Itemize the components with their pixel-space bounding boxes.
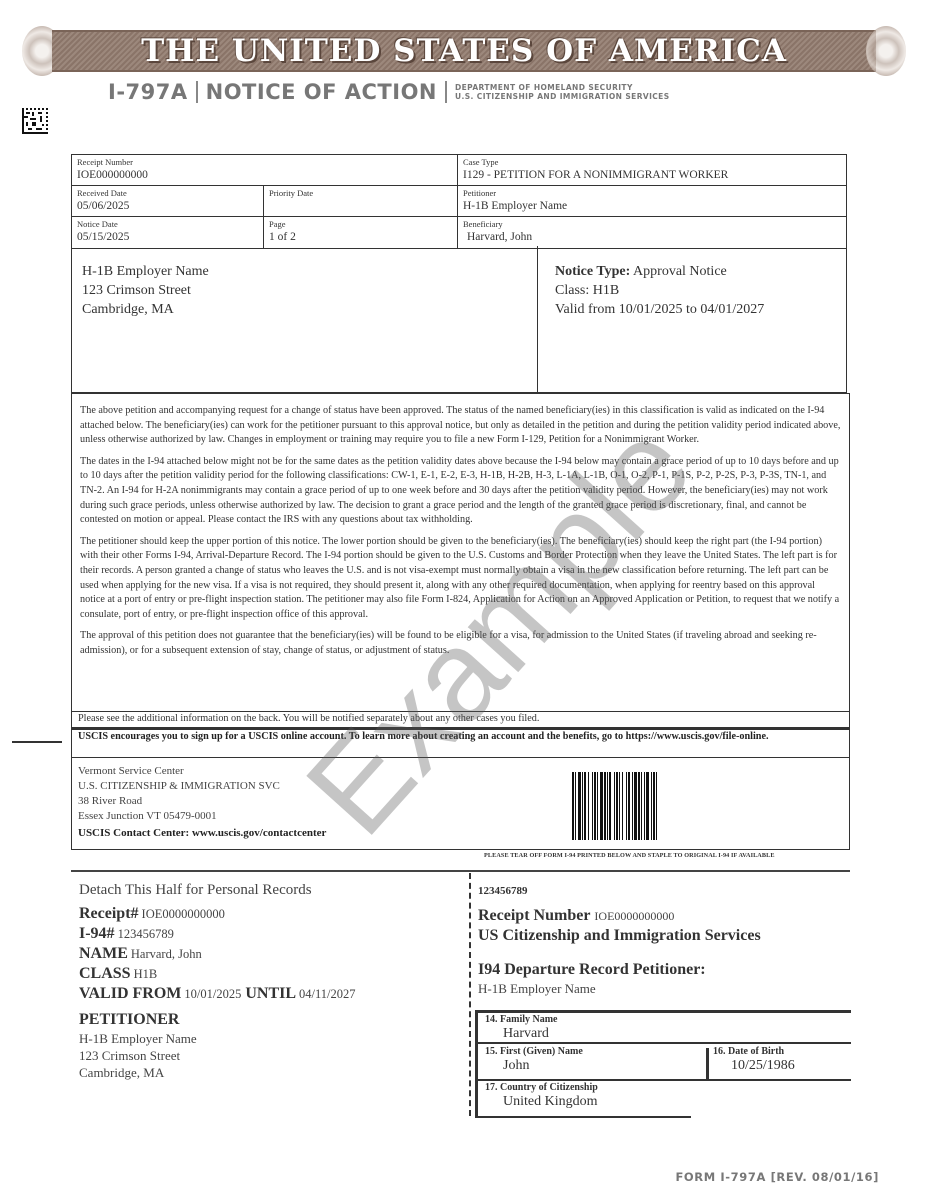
rosette-ornament (866, 26, 906, 76)
i94-fields: 14. Family Name Harvard 15. First (Given… (475, 1010, 851, 1118)
case-type-cell: Case Type I129 - PETITION FOR A NONIMMIG… (458, 155, 846, 185)
notice-type-label: Notice Type: (555, 264, 630, 279)
field-label: I-94# (79, 925, 115, 942)
banner: THE UNITED STATES OF AMERICA (22, 26, 906, 76)
department-name: DEPARTMENT OF HOMELAND SECURITY (455, 83, 670, 92)
citizenship-value: United Kingdom (485, 1093, 598, 1110)
personal-records: Detach This Half for Personal Records Re… (79, 880, 459, 1081)
detach-heading: Detach This Half for Personal Records (79, 880, 459, 900)
form-title: NOTICE OF ACTION (206, 80, 437, 104)
receipt-number-value: IOE000000000 (77, 168, 452, 183)
receipt-row: Receipt NumberIOE0000000000 (478, 906, 858, 926)
beneficiary-cell: Beneficiary Harvard, John (458, 217, 846, 248)
class-row: CLASSH1B (79, 964, 459, 984)
field-label: Priority Date (269, 188, 452, 199)
notice-date-cell: Notice Date 05/15/2025 (72, 217, 264, 248)
dob-value: 10/25/1986 (713, 1057, 795, 1074)
field-label: Beneficiary (463, 219, 841, 230)
family-name-value: Harvard (485, 1025, 558, 1042)
priority-date-cell: Priority Date (264, 186, 458, 216)
field-label: Receipt Number (478, 907, 590, 924)
notice-type: Notice Type: Approval Notice (555, 262, 829, 281)
i94-number: 123456789 (478, 884, 858, 898)
beneficiary-value: Harvard, John (463, 230, 841, 245)
field-label: CLASS (79, 965, 131, 982)
banner-title: THE UNITED STATES OF AMERICA (52, 30, 876, 72)
field-label: Case Type (463, 157, 841, 168)
petitioner-value: H-1B Employer Name (463, 199, 841, 214)
validity-row: VALID FROM10/01/2025 UNTIL04/11/2027 (79, 984, 459, 1004)
departure-record: 123456789 Receipt NumberIOE0000000000 US… (478, 884, 858, 997)
received-date-cell: Received Date 05/06/2025 (72, 186, 264, 216)
form-revision: FORM I-797A [REV. 08/01/16] (675, 1170, 879, 1184)
body-paragraph: The above petition and accompanying requ… (80, 404, 841, 448)
grid-line (475, 1116, 691, 1118)
petitioner-line: 123 Crimson Street (79, 1047, 459, 1064)
agency-name: U.S. CITIZENSHIP AND IMMIGRATION SERVICE… (455, 92, 670, 101)
address-notice-box: H-1B Employer Name 123 Crimson Street Ca… (71, 246, 847, 393)
dob-field: 16. Date of Birth 10/25/1986 (713, 1046, 795, 1074)
case-info-table: Receipt Number IOE000000000 Case Type I1… (71, 154, 847, 249)
first-name-value: John (485, 1057, 583, 1074)
notice-body: The above petition and accompanying requ… (71, 393, 850, 712)
online-account-notice: USCIS encourages you to sign up for a US… (71, 728, 850, 758)
field-label: UNTIL (245, 985, 296, 1002)
notice-date-value: 05/15/2025 (77, 230, 258, 245)
address-line: H-1B Employer Name (82, 262, 527, 281)
family-name-field: 14. Family Name Harvard (485, 1014, 558, 1042)
address-line: 123 Crimson Street (82, 281, 527, 300)
grid-line (475, 1010, 478, 1118)
field-label: VALID FROM (79, 985, 181, 1002)
receipt-row: Receipt#IOE0000000000 (79, 904, 459, 924)
info-row: Notice Date 05/15/2025 Page 1 of 2 Benef… (72, 217, 846, 248)
divider (196, 81, 198, 103)
grid-line (475, 1010, 851, 1013)
class-value: H1B (134, 967, 158, 981)
form-number: I-797A (108, 80, 188, 104)
petitioner-line: H-1B Employer Name (79, 1030, 459, 1047)
mailing-address: H-1B Employer Name 123 Crimson Street Ca… (72, 246, 538, 392)
i94-value: 123456789 (118, 927, 174, 941)
petitioner-line: Cambridge, MA (79, 1064, 459, 1081)
notice-validity: Valid from 10/01/2025 to 04/01/2027 (555, 300, 829, 319)
first-name-field: 15. First (Given) Name John (485, 1046, 583, 1074)
name-row: NAMEHarvard, John (79, 944, 459, 964)
body-paragraph: The dates in the I-94 attached below mig… (80, 455, 841, 528)
receipt-number-cell: Receipt Number IOE000000000 (72, 155, 458, 185)
until-value: 04/11/2027 (299, 987, 355, 1001)
field-label: 16. Date of Birth (713, 1046, 795, 1057)
field-label: Receipt Number (77, 157, 452, 168)
body-paragraph: The approval of this petition does not g… (80, 629, 841, 658)
tear-line (71, 870, 850, 872)
agency-name: US Citizenship and Immigration Services (478, 926, 858, 946)
tear-instruction: PLEASE TEAR OFF FORM I-94 PRINTED BELOW … (484, 852, 775, 859)
form-header: I-797A NOTICE OF ACTION DEPARTMENT OF HO… (108, 78, 670, 106)
info-row: Received Date 05/06/2025 Priority Date P… (72, 186, 846, 217)
receipt-value: IOE0000000000 (142, 907, 225, 921)
field-label: Page (269, 219, 452, 230)
departure-heading: I94 Departure Record Petitioner: (478, 960, 858, 980)
barcode-icon (572, 772, 740, 840)
page-value: 1 of 2 (269, 230, 452, 245)
grid-line (706, 1048, 709, 1079)
petitioner-heading: PETITIONER (79, 1010, 459, 1030)
department-block: DEPARTMENT OF HOMELAND SECURITY U.S. CIT… (455, 83, 670, 101)
notice-type-value: Approval Notice (633, 264, 727, 279)
name-value: Harvard, John (131, 947, 202, 961)
field-label: Receipt# (79, 905, 139, 922)
grid-line (475, 1042, 851, 1044)
field-label: Petitioner (463, 188, 841, 199)
datamatrix-code-icon (22, 108, 48, 134)
perforation-line (469, 873, 471, 1116)
field-label: NAME (79, 945, 128, 962)
i94-row: I-94#123456789 (79, 924, 459, 944)
additional-info: Please see the additional information on… (71, 712, 850, 728)
notice-class: Class: H1B (555, 281, 829, 300)
petitioner-cell: Petitioner H-1B Employer Name (458, 186, 846, 216)
field-label: 14. Family Name (485, 1014, 558, 1025)
received-date-value: 05/06/2025 (77, 199, 258, 214)
field-label: 17. Country of Citizenship (485, 1082, 598, 1093)
divider (445, 81, 447, 103)
margin-mark (12, 741, 62, 743)
grid-line (475, 1079, 851, 1081)
service-center-box: Vermont Service Center U.S. CITIZENSHIP … (71, 758, 850, 850)
info-row: Receipt Number IOE000000000 Case Type I1… (72, 155, 846, 186)
petitioner-value: H-1B Employer Name (478, 980, 858, 997)
valid-from-value: 10/01/2025 (184, 987, 241, 1001)
case-type-value: I129 - PETITION FOR A NONIMMIGRANT WORKE… (463, 168, 841, 183)
address-line: Cambridge, MA (82, 300, 527, 319)
field-label: Received Date (77, 188, 258, 199)
notice-summary: Notice Type: Approval Notice Class: H1B … (538, 246, 846, 392)
citizenship-field: 17. Country of Citizenship United Kingdo… (485, 1082, 598, 1110)
receipt-value: IOE0000000000 (594, 909, 674, 923)
field-label: Notice Date (77, 219, 258, 230)
field-label: 15. First (Given) Name (485, 1046, 583, 1057)
body-paragraph: The petitioner should keep the upper por… (80, 535, 841, 623)
page-cell: Page 1 of 2 (264, 217, 458, 248)
